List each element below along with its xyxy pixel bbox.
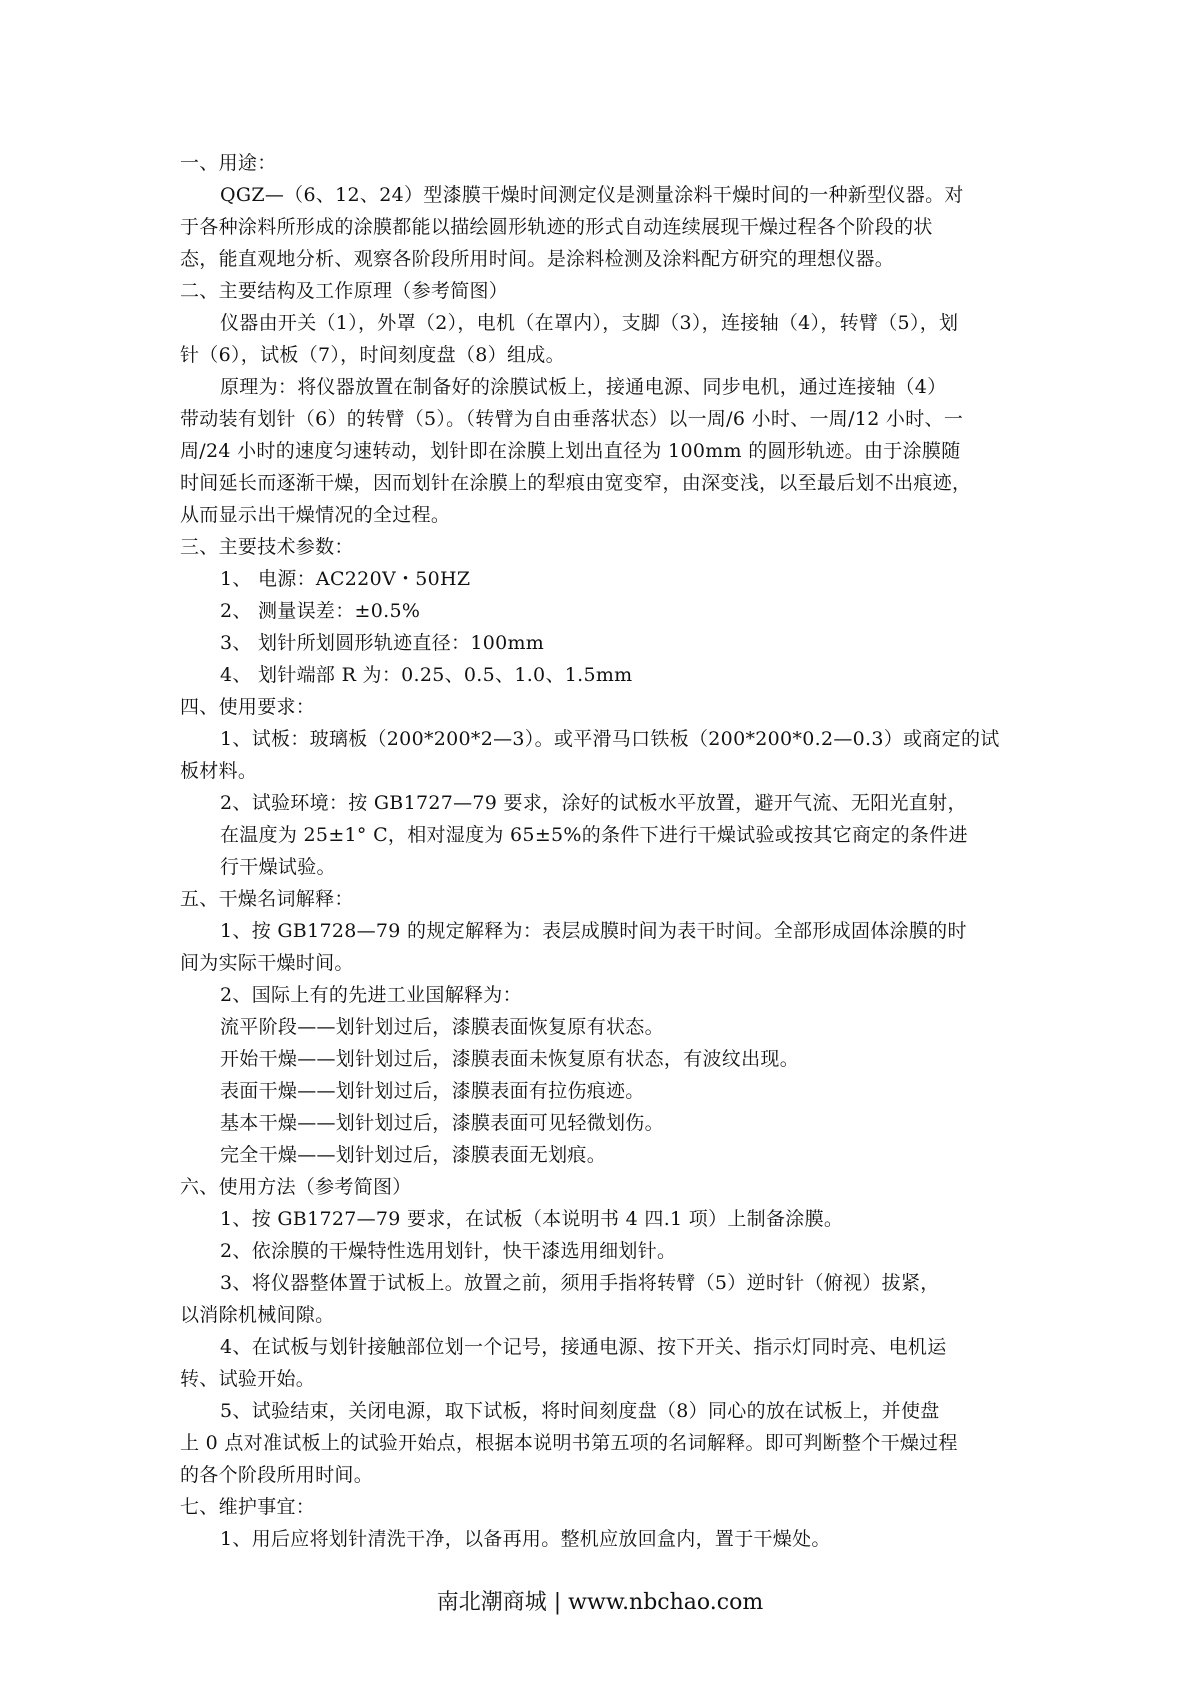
section-heading: 五、干燥名词解释： <box>180 888 354 910</box>
paragraph-line: 4、 划针端部 R 为：0.25、0.5、1.0、1.5mm <box>220 664 633 686</box>
paragraph-line: 1、按 GB1727—79 要求，在试板（本说明书 4 四.1 项）上制备涂膜。 <box>220 1208 843 1230</box>
section-heading: 七、维护事宜： <box>180 1496 315 1518</box>
paragraph-line: 上 0 点对准试板上的试验开始点，根据本说明书第五项的名词解释。即可判断整个干燥… <box>180 1432 958 1454</box>
section-heading: 四、使用要求： <box>180 696 315 718</box>
paragraph-line: 4、在试板与划针接触部位划一个记号，接通电源、按下开关、指示灯同时亮、电机运 <box>220 1336 947 1358</box>
paragraph-line: 2、 测量误差：±0.5% <box>220 600 420 622</box>
paragraph-line: 1、试板：玻璃板（200*200*2—3）。或平滑马口铁板（200*200*0.… <box>220 728 1000 750</box>
paragraph-line: 态，能直观地分析、观察各阶段所用时间。是涂料检测及涂料配方研究的理想仪器。 <box>180 248 894 270</box>
section-heading: 六、使用方法（参考简图） <box>180 1176 412 1198</box>
paragraph-line: 于各种涂料所形成的涂膜都能以描绘圆形轨迹的形式自动连续展现干燥过程各个阶段的状 <box>180 216 933 238</box>
paragraph-line: 针（6），试板（7），时间刻度盘（8）组成。 <box>180 344 565 366</box>
paragraph-line: 流平阶段——划针划过后，漆膜表面恢复原有状态。 <box>220 1016 664 1038</box>
paragraph-line: 转、试验开始。 <box>180 1368 315 1390</box>
paragraph-line: 基本干燥——划针划过后，漆膜表面可见轻微划伤。 <box>220 1112 664 1134</box>
paragraph-line: 板材料。 <box>180 760 257 782</box>
paragraph-line: 的各个阶段所用时间。 <box>180 1464 373 1486</box>
section-heading: 一、用途： <box>180 152 277 174</box>
paragraph-line: QGZ—（6、12、24）型漆膜干燥时间测定仪是测量涂料干燥时间的一种新型仪器。… <box>220 184 964 206</box>
paragraph-line: 表面干燥——划针划过后，漆膜表面有拉伤痕迹。 <box>220 1080 645 1102</box>
paragraph-line: 仪器由开关（1），外罩（2），电机（在罩内），支脚（3），连接轴（4），转臂（5… <box>220 312 958 334</box>
paragraph-line: 在温度为 25±1° C，相对湿度为 65±5%的条件下进行干燥试验或按其它商定… <box>220 824 968 846</box>
paragraph-line: 完全干燥——划针划过后，漆膜表面无划痕。 <box>220 1144 606 1166</box>
paragraph-line: 行干燥试验。 <box>220 856 336 878</box>
section-heading: 三、主要技术参数： <box>180 536 354 558</box>
paragraph-line: 1、用后应将划针清洗干净，以备再用。整机应放回盒内，置于干燥处。 <box>220 1528 831 1550</box>
paragraph-line: 间为实际干燥时间。 <box>180 952 354 974</box>
section-heading: 二、主要结构及工作原理（参考简图） <box>180 280 508 302</box>
paragraph-line: 1、 电源：AC220V・50HZ <box>220 568 470 590</box>
paragraph-line: 1、按 GB1728—79 的规定解释为：表层成膜时间为表干时间。全部形成固体涂… <box>220 920 967 942</box>
paragraph-line: 3、 划针所划圆形轨迹直径：100mm <box>220 632 544 654</box>
footer-watermark: 南北潮商城 | www.nbchao.com <box>0 1585 1200 1616</box>
paragraph-line: 从而显示出干燥情况的全过程。 <box>180 504 450 526</box>
paragraph-line: 5、试验结束，关闭电源，取下试板，将时间刻度盘（8）同心的放在试板上，并使盘 <box>220 1400 940 1422</box>
paragraph-line: 周/24 小时的速度匀速转动，划针即在涂膜上划出直径为 100mm 的圆形轨迹。… <box>180 440 961 462</box>
paragraph-line: 带动装有划针（6）的转臂（5）。（转臂为自由垂落状态）以一周/6 小时、一周/1… <box>180 408 963 430</box>
paragraph-line: 2、依涂膜的干燥特性选用划针，快干漆选用细划针。 <box>220 1240 676 1262</box>
paragraph-line: 2、国际上有的先进工业国解释为： <box>220 984 522 1006</box>
document-page: 一、用途：QGZ—（6、12、24）型漆膜干燥时间测定仪是测量涂料干燥时间的一种… <box>0 0 1200 1697</box>
paragraph-line: 开始干燥——划针划过后，漆膜表面未恢复原有状态，有波纹出现。 <box>220 1048 799 1070</box>
paragraph-line: 3、将仪器整体置于试板上。放置之前，须用手指将转臂（5）逆时针（俯视）拔紧， <box>220 1272 940 1294</box>
paragraph-line: 原理为：将仪器放置在制备好的涂膜试板上，接通电源、同步电机，通过连接轴（4） <box>220 376 947 398</box>
paragraph-line: 时间延长而逐渐干燥，因而划针在涂膜上的犁痕由宽变窄，由深变浅，以至最后划不出痕迹… <box>180 472 971 494</box>
paragraph-line: 以消除机械间隙。 <box>180 1304 334 1326</box>
paragraph-line: 2、试验环境：按 GB1727—79 要求，涂好的试板水平放置，避开气流、无阳光… <box>220 792 967 814</box>
